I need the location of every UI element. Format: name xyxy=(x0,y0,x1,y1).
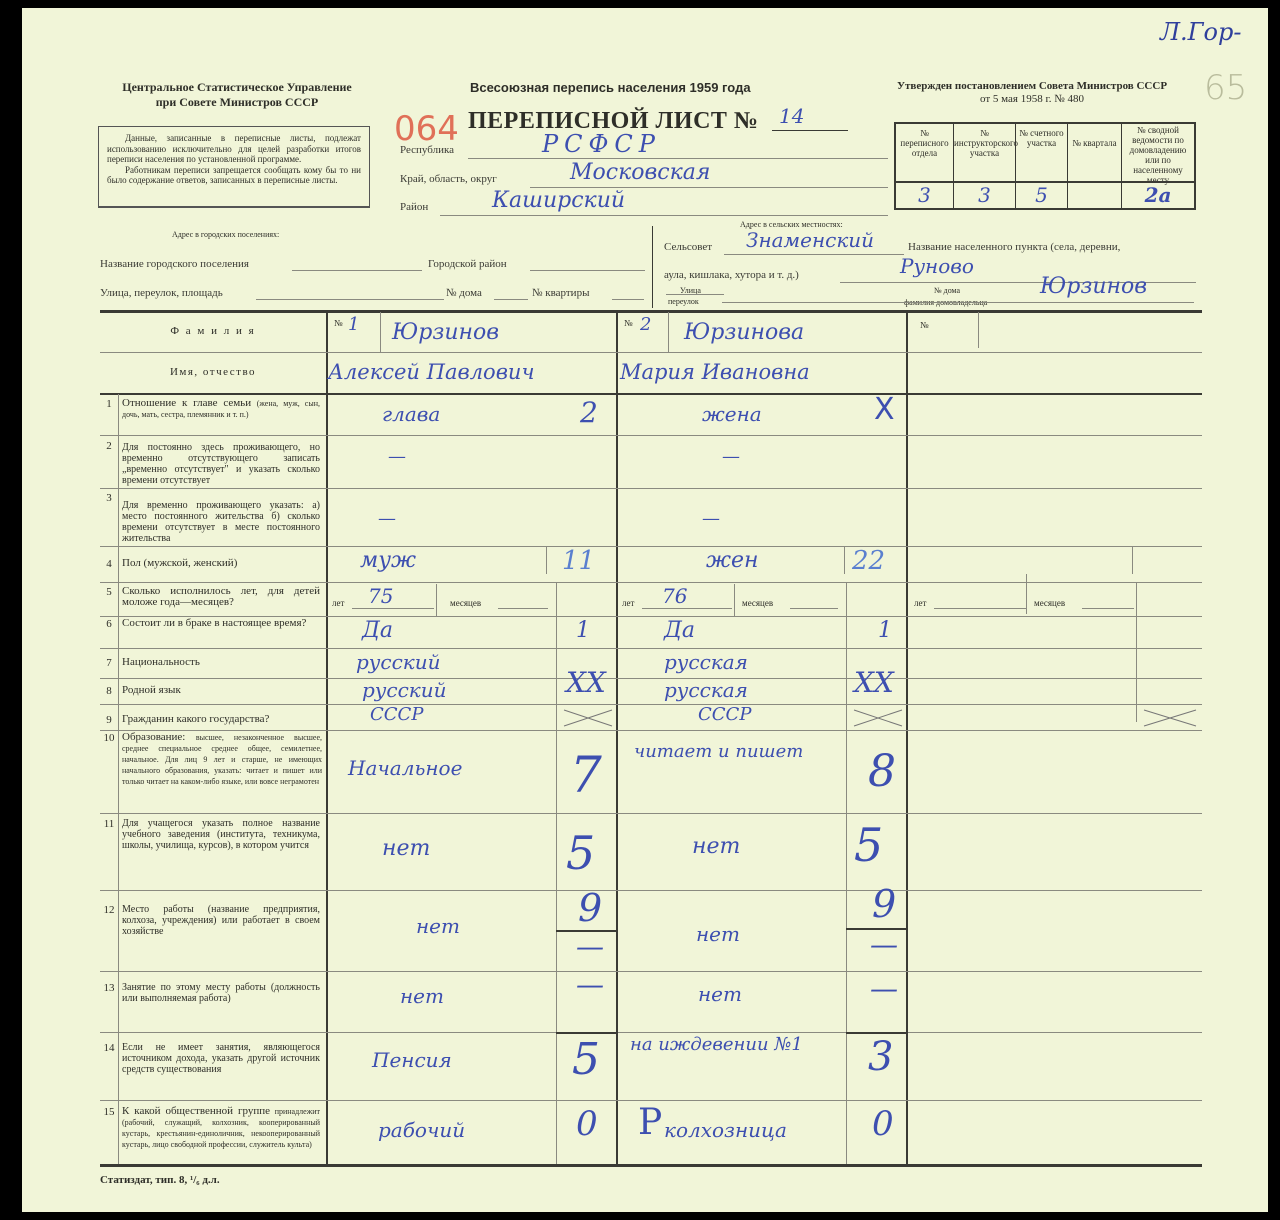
page-number-mark: 65 xyxy=(1204,68,1247,108)
person2-q2[interactable]: — xyxy=(722,446,740,467)
person1-education[interactable]: Начальное xyxy=(348,756,462,780)
question-1: 1 Отношение к главе семьи (жена, муж, сы… xyxy=(100,396,326,436)
person2-relation[interactable]: жена xyxy=(702,402,762,426)
person2-married-code: 1 xyxy=(878,618,892,643)
person2-school[interactable]: нет xyxy=(692,834,740,859)
person1-native-language[interactable]: русский xyxy=(362,678,447,702)
person2-education-code: 8 xyxy=(868,746,896,797)
person1-nat-lang-code: ХХ xyxy=(566,666,606,699)
urban-house-label: № дома xyxy=(446,287,482,299)
form-number: 14 xyxy=(779,104,804,128)
name-header: Имя, отчество xyxy=(100,366,326,378)
person2-school-code: 5 xyxy=(854,818,883,872)
person1-school[interactable]: нет xyxy=(382,836,430,861)
person1-income-source[interactable]: Пенсия xyxy=(372,1048,452,1072)
person1-no: 1 xyxy=(348,314,359,335)
person1-social-group[interactable]: рабочий xyxy=(378,1118,465,1142)
republic-value[interactable]: РСФСР xyxy=(542,130,661,158)
person3-months-label: месяцев xyxy=(1034,598,1065,609)
owner-value[interactable]: Юрзинов xyxy=(1040,274,1147,299)
urban-address-caption: Адрес в городских поселениях: xyxy=(172,230,279,239)
person2-income-code: 3 xyxy=(868,1034,893,1080)
person2-nat-lang-code: ХХ xyxy=(854,666,894,699)
census-sheet: Л.Гор- 65 Центральное Статистическое Упр… xyxy=(22,8,1268,1212)
approval-note: Утвержден постановлением Совета Министро… xyxy=(862,80,1202,106)
urban-apartment-label: № квартиры xyxy=(532,287,589,299)
selsovet-value[interactable]: Знаменский xyxy=(746,228,874,252)
person1-workplace[interactable]: нет xyxy=(416,914,460,938)
person2-social-code: 0 xyxy=(872,1104,894,1144)
census-dept-number[interactable]: 3 xyxy=(896,182,954,208)
person1-nationality[interactable]: русский xyxy=(356,650,441,674)
person2-years-label: лет xyxy=(622,598,634,609)
locality-label-2: аула, кишлака, хутора и т. д.) xyxy=(664,269,799,281)
coding-table: № переписного отдела № инструкторского у… xyxy=(894,122,1196,210)
person1-social-code: 0 xyxy=(576,1104,598,1144)
signature-mark: Л.Гор- xyxy=(1160,18,1241,46)
org-name: Центральное Статистическое Управление пр… xyxy=(92,80,382,110)
person2-income-source[interactable]: на иждевении №1 xyxy=(630,1032,840,1058)
oblast-label: Край, область, округ xyxy=(400,173,497,185)
selsovet-label: Сельсовет xyxy=(664,241,712,253)
surname-header: Ф а м и л и я xyxy=(100,325,326,337)
person2-no: 2 xyxy=(640,314,651,335)
person2-workplace-code: 9 xyxy=(872,882,896,926)
person1-surname[interactable]: Юрзинов xyxy=(392,320,499,345)
person1-education-code: 7 xyxy=(570,746,602,804)
summary-sheet-number[interactable]: 2а xyxy=(1122,182,1194,208)
person2-nationality[interactable]: русская xyxy=(664,650,748,674)
person2-sex[interactable]: жен xyxy=(706,548,759,573)
person2-occupation-code: — xyxy=(870,972,898,1005)
district-label: Район xyxy=(400,201,428,213)
person1-occupation[interactable]: нет xyxy=(400,984,444,1008)
person2-workplace-code2: — xyxy=(870,928,898,961)
locality-value[interactable]: Руново xyxy=(900,254,974,278)
person1-relation-code: 2 xyxy=(580,396,598,429)
person3-no-label: № xyxy=(920,320,929,331)
person2-relation-code: Х xyxy=(874,392,895,427)
cross-out-icon xyxy=(852,708,904,728)
person1-sex[interactable]: муж xyxy=(360,548,416,573)
instructor-area-number[interactable]: 3 xyxy=(954,182,1016,208)
imprint: Статиздат, тип. 8, ¹/₆ д.л. xyxy=(100,1174,220,1186)
count-area-number[interactable]: 5 xyxy=(1016,182,1068,208)
person1-married[interactable]: Да xyxy=(362,618,393,643)
district-value[interactable]: Каширский xyxy=(492,188,625,213)
person2-married[interactable]: Да xyxy=(664,618,695,643)
city-district-label: Городской район xyxy=(428,258,507,270)
person2-no-label: № xyxy=(624,318,633,329)
person1-school-code: 5 xyxy=(566,826,595,880)
person2-native-language[interactable]: русская xyxy=(664,678,748,702)
question-3: 3 Для временно проживающего указать: а) … xyxy=(100,490,326,544)
cross-out-icon xyxy=(562,708,614,728)
rural-house-label: № дома xyxy=(934,286,960,295)
person1-income-code: 5 xyxy=(572,1034,600,1085)
person3-years-label: лет xyxy=(914,598,926,609)
person2-education[interactable]: читает и пишет xyxy=(634,740,834,764)
census-title: Всесоюзная перепись населения 1959 года xyxy=(470,80,751,95)
person1-q2[interactable]: — xyxy=(388,446,406,467)
person1-relation[interactable]: глава xyxy=(382,402,440,426)
red-archive-mark: 064 xyxy=(394,112,459,146)
person2-name[interactable]: Мария Ивановна xyxy=(620,360,810,384)
urban-settlement-label: Название городского поселения xyxy=(100,258,249,270)
question-10: 10 Образование: высшее, незаконченное вы… xyxy=(100,732,326,812)
lane-label: переулок xyxy=(668,297,699,306)
block-number[interactable] xyxy=(1068,182,1122,208)
person2-q3[interactable]: — xyxy=(702,508,720,529)
person1-age[interactable]: 75 xyxy=(368,584,393,608)
person1-no-label: № xyxy=(334,318,343,329)
person1-name[interactable]: Алексей Павлович xyxy=(328,360,535,384)
confidentiality-notice: Данные, записанные в переписные листы, п… xyxy=(98,126,370,208)
urban-street-label: Улица, переулок, площадь xyxy=(100,287,223,299)
republic-label: Республика xyxy=(400,144,454,156)
person2-sex-code: 22 xyxy=(852,546,885,576)
person1-sex-code: 11 xyxy=(562,546,595,576)
person1-married-code: 1 xyxy=(576,618,590,643)
person1-workplace-code2: — xyxy=(576,930,604,963)
locality-label: Название населенного пункта (села, дерев… xyxy=(908,241,1120,253)
person1-citizenship[interactable]: СССР xyxy=(370,704,423,725)
question-2: 2 Для постоянно здесь проживающего, но в… xyxy=(100,438,326,486)
person2-social-group[interactable]: колхозница xyxy=(664,1118,787,1142)
person1-years-label: лет xyxy=(332,598,344,609)
person2-surname[interactable]: Юрзинова xyxy=(684,320,804,345)
person2-occupation[interactable]: нет xyxy=(698,982,742,1006)
person1-months-label: месяцев xyxy=(450,598,481,609)
person2-age[interactable]: 76 xyxy=(662,584,687,608)
oblast-value[interactable]: Московская xyxy=(570,160,710,185)
person1-occupation-code: — xyxy=(576,968,604,1001)
person2-citizenship[interactable]: СССР xyxy=(698,704,751,725)
person1-workplace-code: 9 xyxy=(578,886,602,930)
person2-social-prefix: Р xyxy=(638,1102,662,1143)
person1-q3[interactable]: — xyxy=(378,508,396,529)
person2-months-label: месяцев xyxy=(742,598,773,609)
person2-workplace[interactable]: нет xyxy=(696,922,740,946)
cross-out-icon xyxy=(1142,708,1198,728)
